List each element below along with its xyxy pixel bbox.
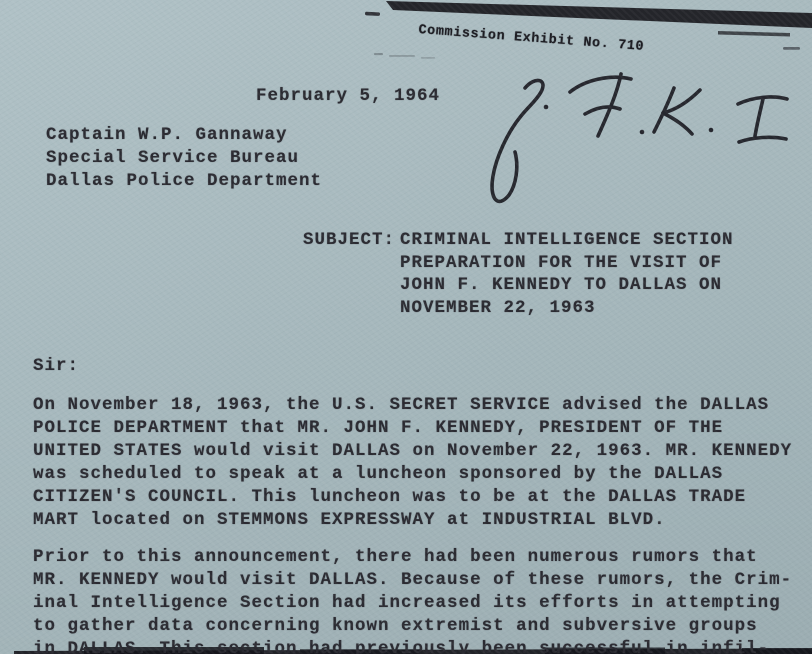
text-line: UNITED STATES would visit DALLAS on Nove…	[33, 440, 792, 463]
text-line: NOVEMBER 22, 1963	[400, 297, 734, 320]
text-line: Captain W.P. Gannaway	[46, 124, 322, 147]
text-line: POLICE DEPARTMENT that MR. JOHN F. KENNE…	[33, 417, 792, 440]
text-line: CITIZEN'S COUNCIL. This luncheon was to …	[33, 486, 792, 509]
salutation: Sir:	[33, 355, 79, 378]
text-line: JOHN F. KENNEDY TO DALLAS ON	[400, 274, 734, 297]
recipient-address-block: Captain W.P. GannawaySpecial Service Bur…	[46, 124, 322, 193]
text-line: Dallas Police Department	[46, 170, 322, 193]
subject-text-block: CRIMINAL INTELLIGENCE SECTIONPREPARATION…	[400, 229, 734, 319]
scanned-document-page: Commission Exhibit No. 710 February 5, 1…	[0, 0, 812, 654]
body-paragraph-1: On November 18, 1963, the U.S. SECRET SE…	[33, 394, 792, 532]
subject-label: SUBJECT:	[303, 229, 395, 252]
letter-date: February 5, 1964	[256, 85, 440, 108]
text-line: PREPARATION FOR THE VISIT OF	[400, 252, 734, 275]
jfk-handwritten-annotation	[455, 66, 812, 221]
text-line: MR. KENNEDY would visit DALLAS. Because …	[33, 569, 792, 592]
text-line: inal Intelligence Section had increased …	[33, 592, 792, 615]
text-line: Special Service Bureau	[46, 147, 322, 170]
text-line: was scheduled to speak at a luncheon spo…	[33, 463, 792, 486]
text-line: CRIMINAL INTELLIGENCE SECTION	[400, 229, 734, 252]
screenshot-root: { "colors": { "paper": "#a9bcc1", "ink":…	[0, 0, 812, 654]
body-paragraph-2: Prior to this announcement, there had be…	[33, 546, 792, 654]
text-line: to gather data concerning known extremis…	[33, 615, 792, 638]
text-line: in DALLAS. This section had previously b…	[33, 638, 792, 654]
text-line: On November 18, 1963, the U.S. SECRET SE…	[33, 394, 792, 417]
text-line: MART located on STEMMONS EXPRESSWAY at I…	[33, 509, 792, 532]
text-line: Prior to this announcement, there had be…	[33, 546, 792, 569]
exhibit-stamp-label: Commission Exhibit No. 710	[418, 23, 645, 55]
handwriting-ink-strokes	[492, 74, 787, 201]
